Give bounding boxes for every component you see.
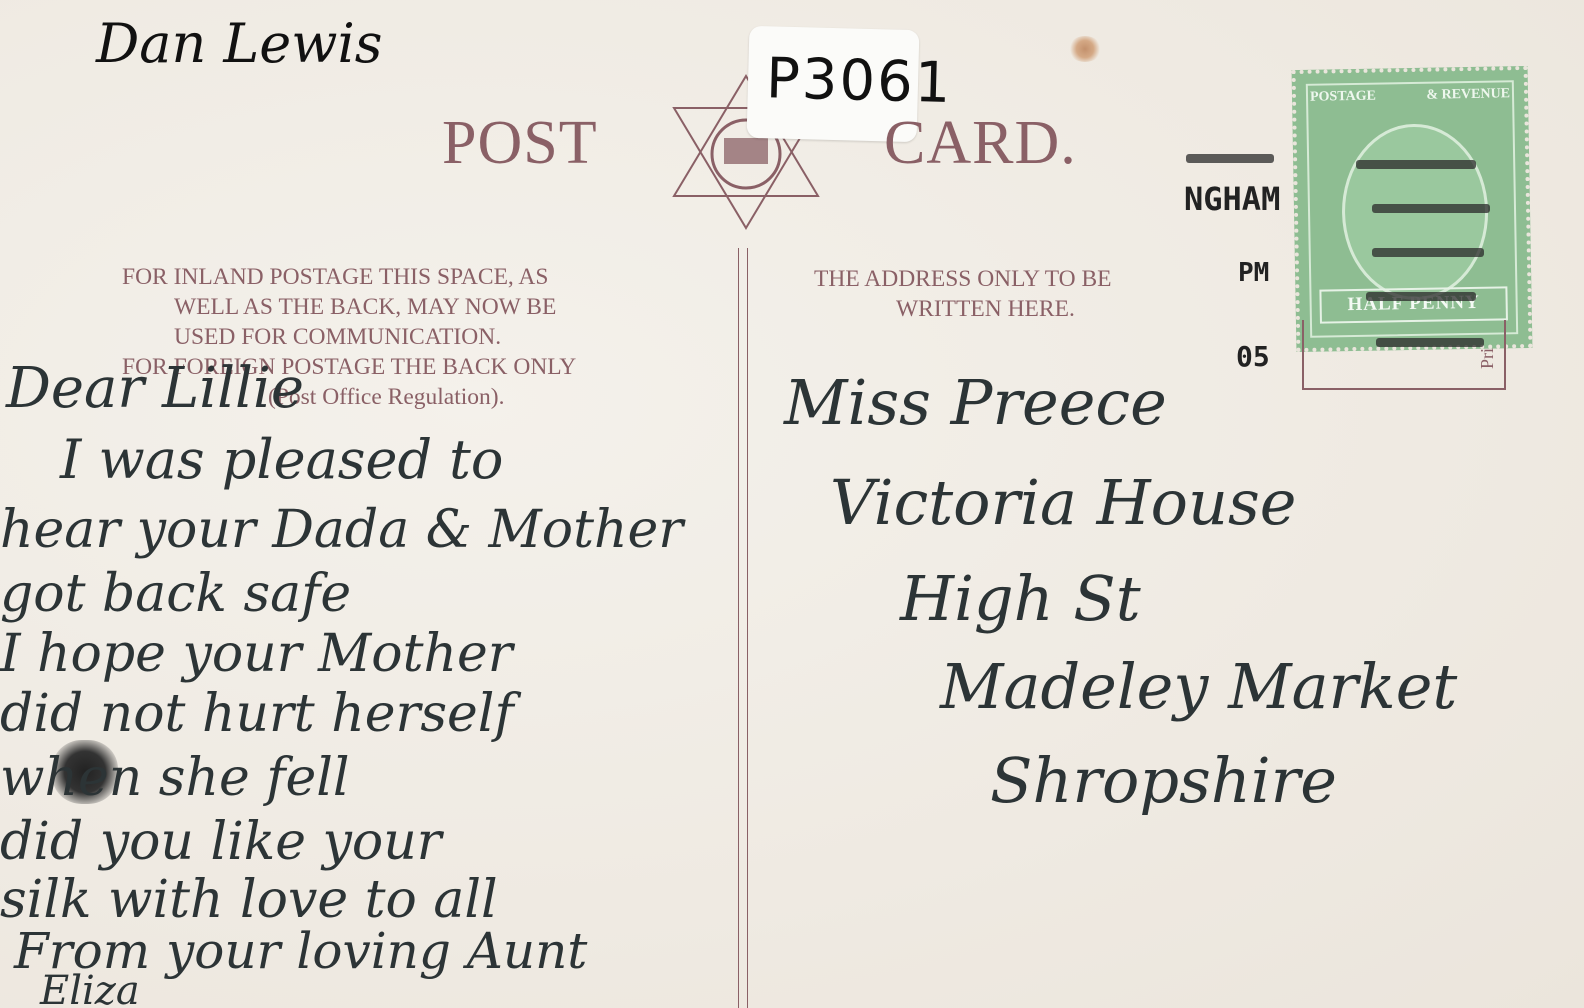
message-line: did not hurt herself	[0, 684, 514, 744]
postmark-town: NGHAM	[1184, 180, 1280, 218]
title-card: CARD.	[884, 108, 1077, 179]
message-line: got back safe	[0, 564, 351, 624]
address-line: Shropshire	[990, 744, 1337, 817]
postcard-back: Dan Lewis POST P3061 CARD. POSTAGE & REV…	[0, 0, 1584, 1008]
address-line: Victoria House	[830, 466, 1296, 539]
message-line: when she fell	[0, 748, 350, 808]
address-line: Miss Preece	[784, 366, 1167, 439]
title-post: POST	[442, 108, 598, 179]
foxing-stain	[1068, 36, 1102, 62]
stamp-placement-box: Pri	[1302, 320, 1506, 390]
stamp-revenue-text: & REVENUE	[1426, 86, 1510, 103]
message-line: did you like your	[0, 812, 442, 872]
message-line: Dear Lillie	[6, 356, 304, 421]
message-signature: Eliza	[40, 968, 140, 1008]
postmark-year: 05	[1236, 340, 1270, 373]
printed-notice-right: THE ADDRESS ONLY TO BE WRITTEN HERE.	[814, 264, 1112, 324]
message-line: hear your Dada & Mother	[0, 500, 683, 560]
stamp-box-text: Pri	[1477, 348, 1498, 369]
address-line: Madeley Market	[940, 650, 1457, 723]
message-line: I was pleased to	[60, 428, 503, 491]
message-line: silk with love to all	[0, 870, 498, 930]
message-line: I hope your Mother	[0, 624, 513, 684]
postmark-time: PM	[1238, 258, 1269, 288]
pencil-name-annotation: Dan Lewis	[96, 12, 382, 75]
stamp-postage-text: POSTAGE	[1310, 89, 1376, 106]
center-divider	[738, 248, 748, 1008]
address-line: High St	[900, 562, 1141, 635]
catalogue-number: P3061	[765, 46, 953, 116]
